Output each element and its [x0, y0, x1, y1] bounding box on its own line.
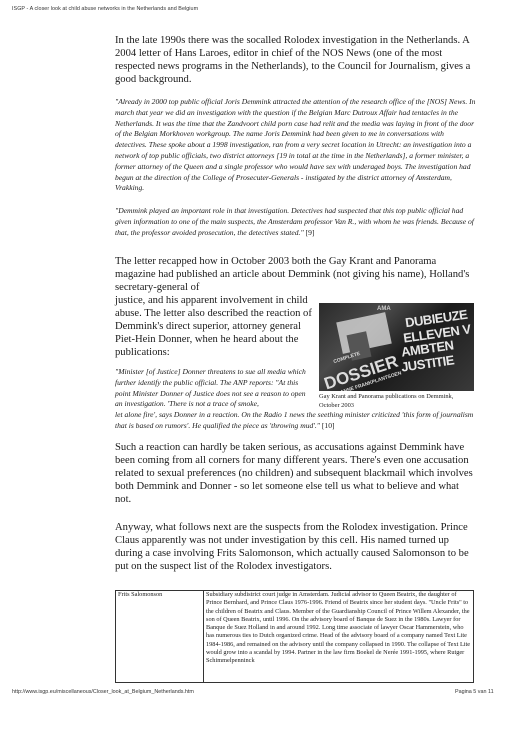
cover-word: AMA: [377, 306, 391, 312]
table-row: Frits Salomonson Subsidiary subdistrict …: [116, 591, 474, 683]
magazine-figure: AMA DUBIEUZE ELLEVEN V AMBTEN JUSTITIE C…: [319, 303, 474, 410]
footnote-ref-9[interactable]: [9]: [306, 228, 315, 237]
suspects-table: Frits Salomonson Subsidiary subdistrict …: [115, 590, 474, 683]
footnote-ref-10[interactable]: [10]: [322, 421, 335, 430]
magazine-covers-image: AMA DUBIEUZE ELLEVEN V AMBTEN JUSTITIE C…: [319, 303, 474, 391]
quote-text: let alone fire', says Donner in a reacti…: [115, 410, 473, 430]
quote-text: "Demmink played an important role in tha…: [115, 206, 474, 237]
blockquote-donner-threat: "Minister [of Justice] Donner threatens …: [115, 367, 310, 410]
paragraph-suspects-intro: Anyway, what follows next are the suspec…: [115, 521, 477, 573]
print-footer-page-number: Pagina 5 van 11: [455, 689, 494, 695]
paragraph-accusations: Such a reaction can hardly be taken seri…: [115, 441, 477, 506]
blockquote-laroes-letter: "Already in 2000 top public official Jor…: [115, 97, 477, 194]
paragraph-letter-recap-continued: justice, and his apparent involvement in…: [115, 294, 315, 359]
suspect-description-cell: Subsidiary subdistrict court judge in Am…: [204, 591, 474, 683]
paragraph-rolodex-intro: In the late 1990s there was the socalled…: [115, 34, 475, 86]
figure-caption: Gay Krant and Panorama publications on D…: [319, 393, 474, 410]
print-footer-url: http://www.isgp.eu/miscellaneous/Closer_…: [12, 689, 194, 695]
blockquote-donner-threat-continued: let alone fire', says Donner in a reacti…: [115, 410, 477, 432]
print-header-title: ISGP - A closer look at child abuse netw…: [12, 6, 198, 12]
blockquote-demmink-role: "Demmink played an important role in tha…: [115, 206, 477, 238]
suspect-name-cell: Frits Salomonson: [116, 591, 204, 683]
paragraph-letter-recap: The letter recapped how in October 2003 …: [115, 255, 477, 294]
